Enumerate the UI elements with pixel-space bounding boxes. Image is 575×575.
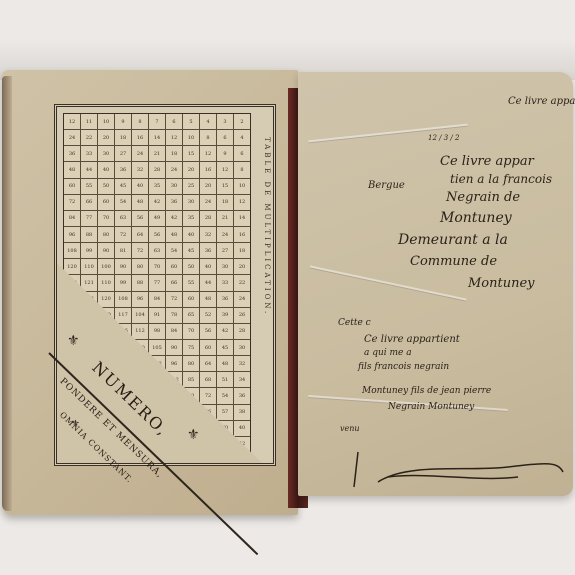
table-cell: 90 <box>98 243 114 258</box>
inscription: Montuney fils de jean pierre <box>362 386 491 396</box>
table-cell: 60 <box>64 179 80 194</box>
table-cell: 49 <box>149 211 165 226</box>
table-cell: 40 <box>98 162 114 177</box>
table-cell: 72 <box>115 227 131 242</box>
table-cell: 15 <box>217 179 233 194</box>
table-cell: 66 <box>81 195 97 210</box>
table-cell: 20 <box>98 130 114 145</box>
inscription: 12 / 3 / 2 <box>428 134 459 142</box>
inscription: Montuney <box>440 210 512 226</box>
table-cell: 30 <box>183 195 199 210</box>
table-cell: 40 <box>183 227 199 242</box>
page-edges <box>2 76 12 511</box>
table-cell: 36 <box>115 162 131 177</box>
fleur-de-lis-icon: ⚜ <box>71 419 80 430</box>
table-cell: 24 <box>132 146 148 161</box>
table-cell: 20 <box>183 162 199 177</box>
table-cell: 45 <box>115 179 131 194</box>
table-cell: 48 <box>132 195 148 210</box>
table-cell: 8 <box>200 130 216 145</box>
table-cell: 88 <box>81 227 97 242</box>
table-cell: 16 <box>234 227 250 242</box>
table-cell: 3 <box>217 114 233 129</box>
table-cell: 35 <box>149 179 165 194</box>
table-cell: 72 <box>64 195 80 210</box>
table-cell: 8 <box>132 114 148 129</box>
open-book: 1211109876543224222018161412108643633302… <box>0 68 575 523</box>
table-cell: 18 <box>234 243 250 258</box>
table-cell: 27 <box>115 146 131 161</box>
table-cell: 56 <box>149 227 165 242</box>
inscription: Ce livre appartient <box>508 96 575 107</box>
table-cell: 12 <box>217 162 233 177</box>
inscription: Negrain Montuney <box>388 402 474 412</box>
table-cell: 12 <box>200 146 216 161</box>
table-cell: 54 <box>115 195 131 210</box>
signature-flourish <box>348 442 568 492</box>
table-cell: 33 <box>81 146 97 161</box>
table-label: TABLE DE MULTIPLICATION. <box>263 137 271 316</box>
inscription: Cette c <box>338 318 371 328</box>
table-cell: 30 <box>98 146 114 161</box>
table-cell: 32 <box>200 227 216 242</box>
fleur-de-lis-icon: ⚜ <box>67 333 80 349</box>
inscription: Ce livre appar <box>440 154 534 169</box>
engraved-plate: 1211109876543224222018161412108643633302… <box>54 104 276 466</box>
table-cell: 63 <box>115 211 131 226</box>
table-cell: 9 <box>217 146 233 161</box>
table-cell: 28 <box>149 162 165 177</box>
table-cell: 12 <box>234 195 250 210</box>
inscription: venu <box>340 424 360 433</box>
table-cell: 12 <box>166 130 182 145</box>
table-cell: 8 <box>234 162 250 177</box>
table-cell: 20 <box>200 179 216 194</box>
table-cell: 18 <box>217 195 233 210</box>
table-cell: 10 <box>234 179 250 194</box>
table-cell: 96 <box>64 227 80 242</box>
table-cell: 40 <box>132 179 148 194</box>
inscription: Montuney <box>468 276 535 291</box>
fleur-de-lis-icon: ⚜ <box>187 427 200 443</box>
table-cell: 48 <box>166 227 182 242</box>
table-cell: 9 <box>115 114 131 129</box>
table-cell: 7 <box>149 114 165 129</box>
table-cell: 24 <box>64 130 80 145</box>
inscription: tien a la francois <box>450 172 552 186</box>
table-cell: 84 <box>64 211 80 226</box>
table-cell: 14 <box>234 211 250 226</box>
inscription: fils francois negrain <box>358 362 449 372</box>
table-cell: 11 <box>81 114 97 129</box>
table-cell: 18 <box>115 130 131 145</box>
table-cell: 48 <box>64 162 80 177</box>
table-cell: 70 <box>98 211 114 226</box>
table-cell: 6 <box>166 114 182 129</box>
table-cell: 77 <box>81 211 97 226</box>
table-cell: 27 <box>217 243 233 258</box>
table-cell: 21 <box>217 211 233 226</box>
table-cell: 35 <box>183 211 199 226</box>
inscription: Bergue <box>368 180 405 191</box>
table-cell: 63 <box>149 243 165 258</box>
table-cell: 108 <box>64 243 80 258</box>
table-cell: 44 <box>81 162 97 177</box>
table-cell: 5 <box>183 114 199 129</box>
table-cell: 55 <box>81 179 97 194</box>
table-cell: 36 <box>200 243 216 258</box>
right-page: Ce livre appartient 12 / 3 / 2 Ce livre … <box>298 72 573 496</box>
table-cell: 36 <box>64 146 80 161</box>
table-cell: 15 <box>183 146 199 161</box>
table-cell: 24 <box>166 162 182 177</box>
table-cell: 42 <box>149 195 165 210</box>
table-cell: 6 <box>234 146 250 161</box>
left-page: 1211109876543224222018161412108643633302… <box>2 70 298 515</box>
table-cell: 81 <box>115 243 131 258</box>
table-cell: 2 <box>234 114 250 129</box>
inscription: a qui me a <box>364 348 412 358</box>
table-cell: 22 <box>81 130 97 145</box>
table-cell: 50 <box>98 179 114 194</box>
table-cell: 24 <box>217 227 233 242</box>
table-cell: 21 <box>149 146 165 161</box>
table-cell: 16 <box>200 162 216 177</box>
table-cell: 10 <box>98 114 114 129</box>
table-cell: 14 <box>149 130 165 145</box>
inscription: Ce livre appartient <box>364 334 460 345</box>
table-cell: 24 <box>200 195 216 210</box>
table-cell: 60 <box>98 195 114 210</box>
table-cell: 10 <box>183 130 199 145</box>
table-cell: 30 <box>166 179 182 194</box>
table-cell: 54 <box>166 243 182 258</box>
table-cell: 64 <box>132 227 148 242</box>
table-cell: 12 <box>64 114 80 129</box>
table-cell: 72 <box>132 243 148 258</box>
table-cell: 6 <box>217 130 233 145</box>
table-cell: 42 <box>166 211 182 226</box>
page-crease <box>309 265 466 301</box>
table-cell: 16 <box>132 130 148 145</box>
table-cell: 18 <box>166 146 182 161</box>
table-cell: 80 <box>98 227 114 242</box>
table-cell: 45 <box>183 243 199 258</box>
table-cell: 4 <box>234 130 250 145</box>
table-cell: 56 <box>132 211 148 226</box>
table-cell: 25 <box>183 179 199 194</box>
table-cell: 36 <box>166 195 182 210</box>
table-cell: 32 <box>132 162 148 177</box>
inscription: Demeurant a la <box>398 232 508 248</box>
table-cell: 28 <box>200 211 216 226</box>
inscription: Commune de <box>410 254 497 269</box>
inscription: Negrain de <box>446 190 520 205</box>
table-cell: 99 <box>81 243 97 258</box>
table-cell: 4 <box>200 114 216 129</box>
